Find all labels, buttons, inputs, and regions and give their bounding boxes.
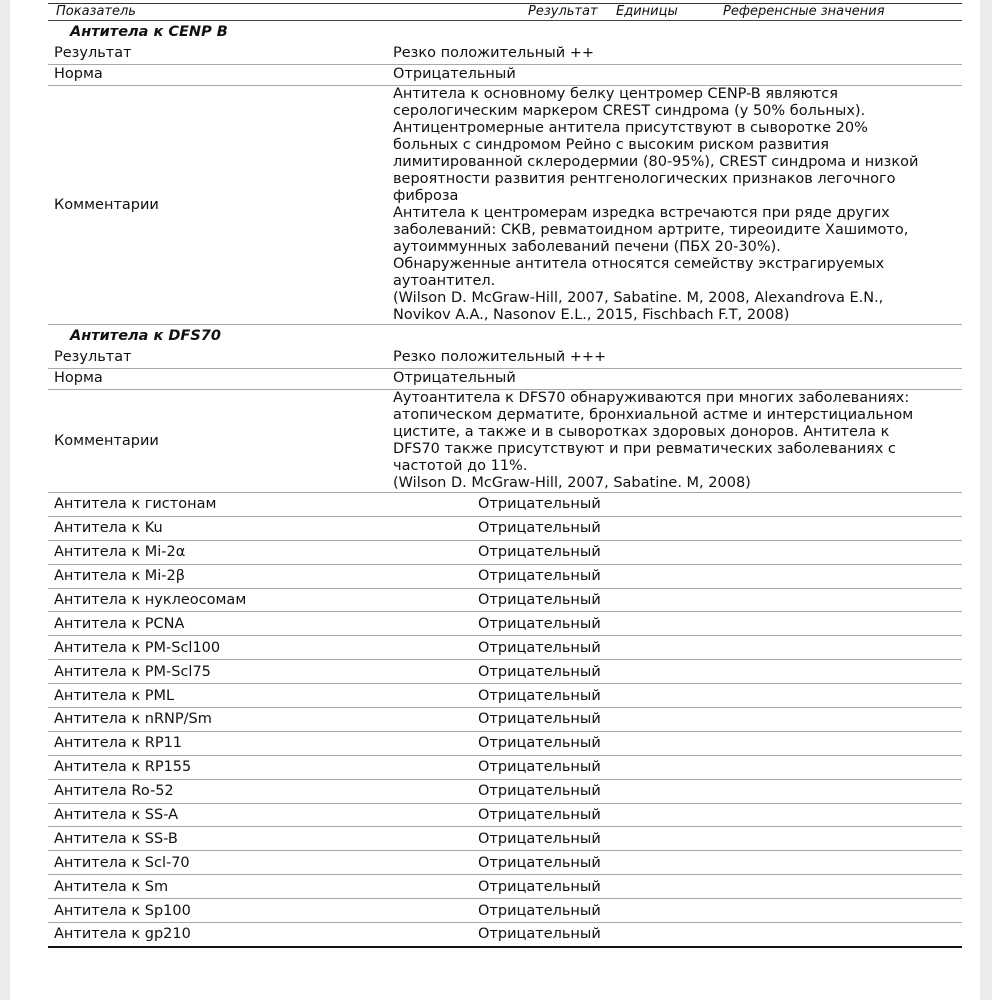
table-row: Антитела к SS-A Отрицательный	[48, 804, 962, 828]
comment-line: серологическим маркером CREST синдрома (…	[393, 103, 962, 120]
norm-value: Отрицательный	[393, 66, 962, 83]
table-row: Антитела к RP11 Отрицательный	[48, 732, 962, 756]
table-row: Антитела к Scl-70 Отрицательный	[48, 851, 962, 875]
test-result: Отрицательный	[478, 735, 962, 751]
test-result: Отрицательный	[478, 520, 962, 536]
test-result: Отрицательный	[478, 592, 962, 608]
test-name: Антитела к RP155	[48, 759, 478, 775]
test-name: Антитела к nRNP/Sm	[48, 711, 478, 727]
test-result: Отрицательный	[478, 688, 962, 704]
comment-line: (Wilson D. McGraw-Hill, 2007, Sabatine. …	[393, 290, 962, 307]
test-result: Отрицательный	[478, 855, 962, 871]
table-row: Антитела к RP155 Отрицательный	[48, 756, 962, 780]
comment-label: Комментарии	[48, 197, 393, 214]
test-name: Антитела к PCNA	[48, 616, 478, 632]
table-row: Антитела к Mi-2β Отрицательный	[48, 565, 962, 589]
test-result: Отрицательный	[478, 616, 962, 632]
comment-line: цистите, а также и в сыворотках здоровых…	[393, 424, 962, 441]
table-row: Антитела к Sp100 Отрицательный	[48, 899, 962, 923]
norm-label: Норма	[48, 370, 393, 387]
test-name: Антитела к PM-Scl75	[48, 664, 478, 680]
test-result: Отрицательный	[478, 544, 962, 560]
test-name: Антитела к SS-A	[48, 807, 478, 823]
result-value: Резко положительный ++	[393, 45, 962, 62]
table-header: Показатель Результат Единицы Референсные…	[48, 3, 962, 21]
norm-label: Норма	[48, 66, 393, 83]
header-indicator: Показатель	[56, 4, 136, 20]
test-name: Антитела к Sm	[48, 879, 478, 895]
table-row: Антитела к PM-Scl75 Отрицательный	[48, 660, 962, 684]
group-title: Антитела к CENP B	[48, 21, 962, 43]
table-row: Антитела к гистонам Отрицательный	[48, 493, 962, 517]
table-row: Антитела к SS-B Отрицательный	[48, 827, 962, 851]
test-result: Отрицательный	[478, 879, 962, 895]
result-label: Результат	[48, 45, 393, 62]
comment-line: Антитела к основному белку центромер CEN…	[393, 86, 962, 103]
test-name: Антитела к Mi-2α	[48, 544, 478, 560]
test-result: Отрицательный	[478, 831, 962, 847]
comment-line: вероятности развития рентгенологических …	[393, 171, 962, 188]
test-name: Антитела к PML	[48, 688, 478, 704]
table-row: Антитела к nRNP/Sm Отрицательный	[48, 708, 962, 732]
comment-line: DFS70 также присутствуют и при ревматиче…	[393, 441, 962, 458]
table-row: Антитела к PML Отрицательный	[48, 684, 962, 708]
test-result: Отрицательный	[478, 496, 962, 512]
comment-text: Аутоантитела к DFS70 обнаруживаются при …	[393, 390, 962, 492]
norm-row: Норма Отрицательный	[48, 369, 962, 391]
comment-line: лимитированной склеродермии (80-95%), CR…	[393, 154, 962, 171]
norm-row: Норма Отрицательный	[48, 65, 962, 87]
test-result: Отрицательный	[478, 568, 962, 584]
norm-value: Отрицательный	[393, 370, 962, 387]
results-table: Показатель Результат Единицы Референсные…	[48, 3, 962, 948]
result-row: Результат Резко положительный +++	[48, 347, 962, 369]
header-units: Единицы	[616, 4, 678, 20]
table-row: Антитела к PCNA Отрицательный	[48, 612, 962, 636]
test-group: Антитела к DFS70 Результат Резко положит…	[48, 325, 962, 493]
comment-line: атопическом дерматите, бронхиальной астм…	[393, 407, 962, 424]
test-group: Антитела к CENP B Результат Резко положи…	[48, 21, 962, 325]
table-row: Антитела Ro-52 Отрицательный	[48, 780, 962, 804]
test-name: Антитела к RP11	[48, 735, 478, 751]
test-result: Отрицательный	[478, 903, 962, 919]
test-name: Антитела к нуклеосомам	[48, 592, 478, 608]
result-value: Резко положительный +++	[393, 349, 962, 366]
test-name: Антитела к Ku	[48, 520, 478, 536]
header-reference: Референсные значения	[723, 4, 885, 20]
header-result: Результат	[528, 4, 598, 20]
comment-line: фиброза	[393, 188, 962, 205]
test-name: Антитела к PM-Scl100	[48, 640, 478, 656]
comment-row: Комментарии Аутоантитела к DFS70 обнаруж…	[48, 390, 962, 493]
comment-line: аутоиммунных заболеваний печени (ПБХ 20-…	[393, 239, 962, 256]
test-name: Антитела к Scl-70	[48, 855, 478, 871]
comment-line: Обнаруженные антитела относятся семейств…	[393, 256, 962, 273]
table-row: Антитела к PM-Scl100 Отрицательный	[48, 636, 962, 660]
group-title: Антитела к DFS70	[48, 325, 962, 347]
test-name: Антитела к Mi-2β	[48, 568, 478, 584]
test-result: Отрицательный	[478, 807, 962, 823]
test-result: Отрицательный	[478, 664, 962, 680]
simple-tests: Антитела к гистонам Отрицательный Антите…	[48, 493, 962, 948]
comment-label: Комментарии	[48, 433, 393, 450]
comment-line: аутоантител.	[393, 273, 962, 290]
table-row: Антитела к нуклеосомам Отрицательный	[48, 589, 962, 613]
comment-text: Антитела к основному белку центромер CEN…	[393, 86, 962, 324]
test-result: Отрицательный	[478, 926, 962, 942]
document-page: Показатель Результат Единицы Референсные…	[10, 0, 980, 1000]
table-row: Антитела к Sm Отрицательный	[48, 875, 962, 899]
table-row: Антитела к gp210 Отрицательный	[48, 923, 962, 948]
comment-line: частотой до 11%.	[393, 458, 962, 475]
test-result: Отрицательный	[478, 711, 962, 727]
test-name: Антитела к Sp100	[48, 903, 478, 919]
result-label: Результат	[48, 349, 393, 366]
comment-row: Комментарии Антитела к основному белку ц…	[48, 86, 962, 325]
test-result: Отрицательный	[478, 783, 962, 799]
test-result: Отрицательный	[478, 640, 962, 656]
comment-line: (Wilson D. McGraw-Hill, 2007, Sabatine. …	[393, 475, 962, 492]
test-name: Антитела к гистонам	[48, 496, 478, 512]
comment-line: Аутоантитела к DFS70 обнаруживаются при …	[393, 390, 962, 407]
comment-line: Антитела к центромерам изредка встречают…	[393, 205, 962, 222]
test-name: Антитела Ro-52	[48, 783, 478, 799]
comment-line: заболеваний: СКВ, ревматоидном артрите, …	[393, 222, 962, 239]
table-row: Антитела к Mi-2α Отрицательный	[48, 541, 962, 565]
table-row: Антитела к Ku Отрицательный	[48, 517, 962, 541]
test-name: Антитела к SS-B	[48, 831, 478, 847]
comment-line: Novikov A.A., Nasonov E.L., 2015, Fischb…	[393, 307, 962, 324]
result-row: Результат Резко положительный ++	[48, 43, 962, 65]
comment-line: больных с синдромом Рейно с высоким риск…	[393, 137, 962, 154]
test-name: Антитела к gp210	[48, 926, 478, 942]
test-groups: Антитела к CENP B Результат Резко положи…	[48, 21, 962, 493]
test-result: Отрицательный	[478, 759, 962, 775]
comment-line: Антицентромерные антитела присутствуют в…	[393, 120, 962, 137]
